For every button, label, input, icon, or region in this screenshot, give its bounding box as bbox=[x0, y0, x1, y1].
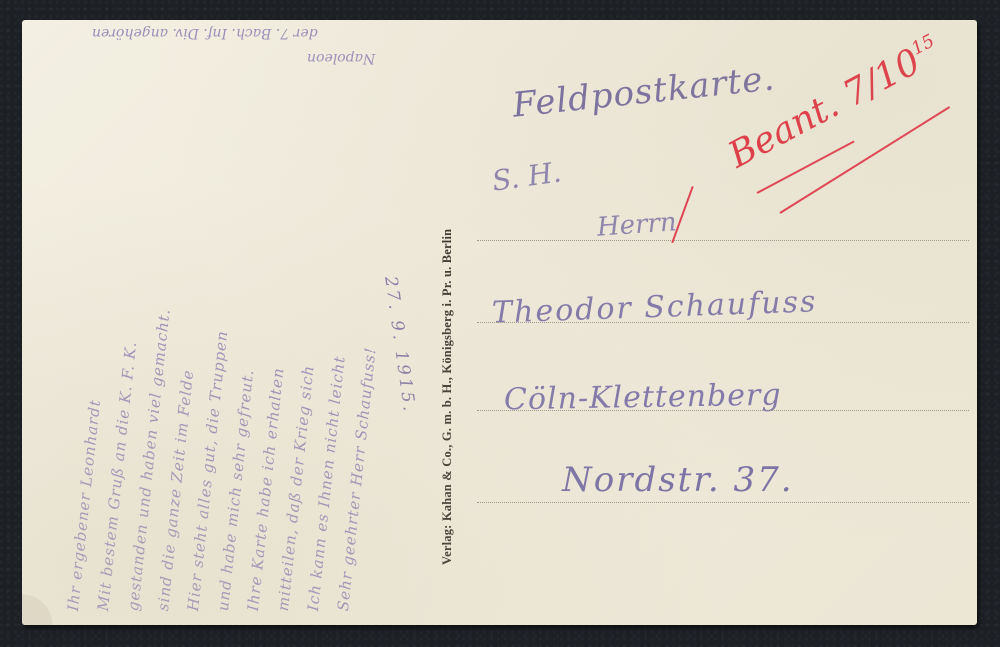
recipient-city: Cöln-Klettenberg bbox=[504, 378, 782, 418]
address-salutation: Herrn bbox=[596, 207, 678, 242]
address-line bbox=[477, 410, 969, 411]
address-line bbox=[477, 240, 969, 241]
card-heading: Feldpostkarte. bbox=[511, 58, 777, 125]
address-line bbox=[477, 322, 969, 323]
recipient-street: Nordstr. 37. bbox=[562, 460, 794, 500]
postcard: der 7. Bach. Inf. Div. angehören Napoleo… bbox=[22, 20, 977, 625]
message-top-line: der 7. Bach. Inf. Div. angehören bbox=[92, 25, 318, 41]
recipient-name: Theodor Schaufuss bbox=[491, 284, 817, 330]
address-prefix: S. H. bbox=[490, 155, 563, 197]
address-line bbox=[477, 502, 969, 503]
message-date: 27. 9. 1915. bbox=[380, 275, 419, 415]
publisher-imprint: Verlag: Kahan & Co., G. m. b. H., Königs… bbox=[440, 229, 455, 565]
bent-corner bbox=[22, 575, 62, 625]
message-top-line-2: Napoleon bbox=[307, 50, 375, 66]
red-answered-annotation: Beant. 7/1015 bbox=[722, 30, 947, 176]
